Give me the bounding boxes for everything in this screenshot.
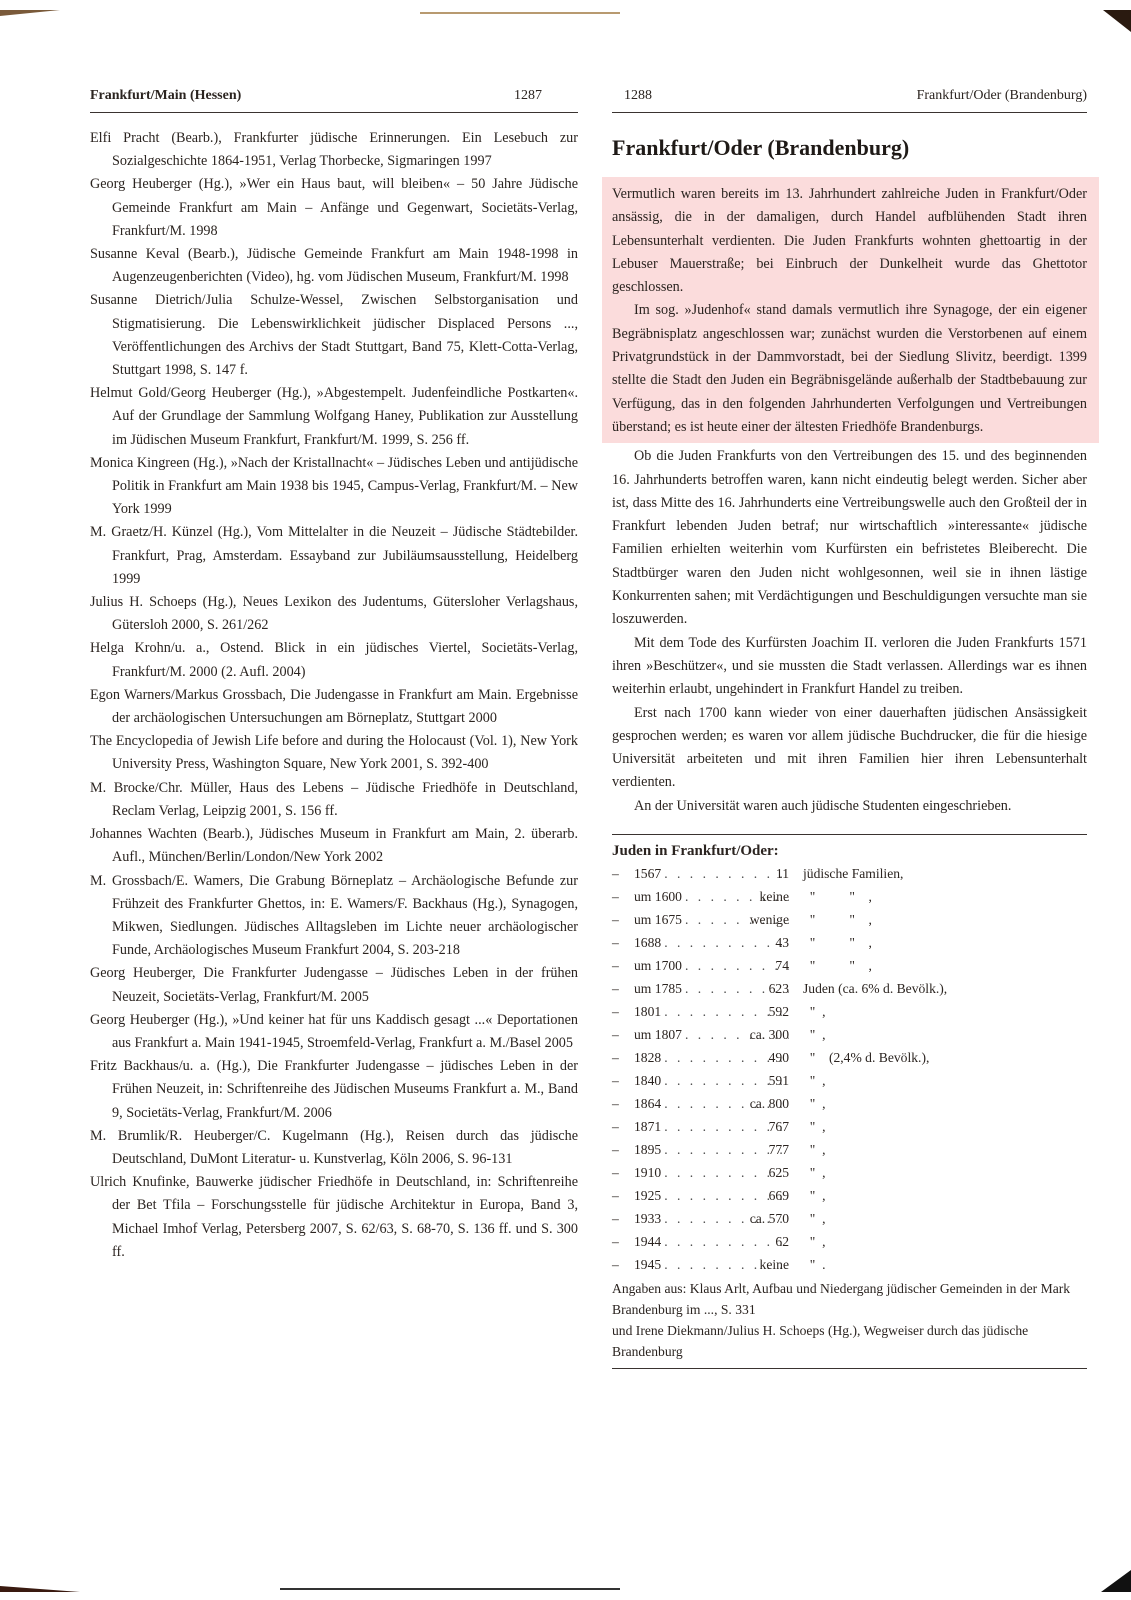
unit: " .: [789, 1253, 826, 1276]
dash-marker: –: [612, 977, 634, 1000]
value: 767: [769, 1115, 789, 1138]
unit: " " ,: [789, 931, 872, 954]
unit: " ,: [789, 1000, 826, 1023]
divider: [612, 1368, 1087, 1369]
unit: " (2,4% d. Bevölk.),: [789, 1046, 929, 1069]
unit: " ,: [789, 1184, 826, 1207]
paragraph: Im sog. »Judenhof« stand damals vermutli…: [612, 299, 1087, 439]
dash-marker: –: [612, 1046, 634, 1069]
year: 1925: [634, 1184, 661, 1207]
unit: " ,: [789, 1230, 826, 1253]
value: 490: [769, 1046, 789, 1069]
year: 1895: [634, 1138, 661, 1161]
dash-marker: –: [612, 1207, 634, 1230]
source-line: Angaben aus: Klaus Arlt, Aufbau und Nied…: [612, 1278, 1087, 1320]
statistics-row: –1933. . . . . . . . . . . . . .ca. 570 …: [612, 1207, 1087, 1230]
value: 625: [769, 1161, 789, 1184]
leader-dots: . . . . . . . . . . . . . .: [661, 862, 789, 885]
year-cell: 1801. . . . . . . . . . . . . .: [634, 1000, 789, 1023]
year-cell: 1944. . . . . . . . . . . . . .: [634, 1230, 789, 1253]
dash-marker: –: [612, 862, 634, 885]
left-page: Frankfurt/Main (Hessen) 1287 Elfi Pracht…: [90, 88, 578, 1264]
running-head: Frankfurt/Main (Hessen) 1287: [90, 88, 578, 113]
bibliography-entry: Susanne Keval (Bearb.), Jüdische Gemeind…: [90, 243, 578, 289]
page-edge-line: [280, 1588, 620, 1590]
dash-marker: –: [612, 1115, 634, 1138]
dash-marker: –: [612, 908, 634, 931]
leader-dots: . . . . . . . . . . . . . .: [661, 1230, 789, 1253]
highlighted-passage: Vermutlich waren bereits im 13. Jahrhund…: [602, 177, 1099, 443]
page-corner-shadow: [0, 10, 60, 16]
dash-marker: –: [612, 1184, 634, 1207]
value: 62: [775, 1230, 789, 1253]
year: 1945: [634, 1253, 661, 1276]
leader-dots: . . . . . . . . . . . . . .: [682, 954, 789, 977]
statistics-row: –1801. . . . . . . . . . . . . .592 " ,: [612, 1000, 1087, 1023]
page-corner-shadow: [1103, 10, 1131, 32]
dash-marker: –: [612, 1023, 634, 1046]
dash-marker: –: [612, 1230, 634, 1253]
page-corner-shadow: [1101, 1570, 1131, 1592]
bibliography-entry: M. Brumlik/R. Heuberger/C. Kugelmann (Hg…: [90, 1125, 578, 1171]
value: keine: [760, 885, 789, 908]
statistics-row: –um 1807. . . . . . . . . . . . . .ca. 3…: [612, 1023, 1087, 1046]
dash-marker: –: [612, 1253, 634, 1276]
bibliography-entry: M. Graetz/H. Künzel (Hg.), Vom Mittelalt…: [90, 521, 578, 591]
year: 1910: [634, 1161, 661, 1184]
year-cell: um 1700. . . . . . . . . . . . . .: [634, 954, 789, 977]
bibliography-entry: Elfi Pracht (Bearb.), Frankfurter jüdisc…: [90, 127, 578, 173]
unit: " ,: [789, 1023, 826, 1046]
statistics-rows: –1567. . . . . . . . . . . . . .11jüdisc…: [612, 862, 1087, 1276]
right-page: 1288 Frankfurt/Oder (Brandenburg) Frankf…: [612, 88, 1087, 1369]
year-cell: 1910. . . . . . . . . . . . . .: [634, 1161, 789, 1184]
statistics-row: –1945. . . . . . . . . . . . . .keine " …: [612, 1253, 1087, 1276]
dash-marker: –: [612, 885, 634, 908]
statistics-row: –1864. . . . . . . . . . . . . .ca. 800 …: [612, 1092, 1087, 1115]
unit: Juden (ca. 6% d. Bevölk.),: [789, 977, 947, 1000]
statistics-row: –1840. . . . . . . . . . . . . .591 " ,: [612, 1069, 1087, 1092]
year: 1567: [634, 862, 661, 885]
year-cell: 1567. . . . . . . . . . . . . .: [634, 862, 789, 885]
year-cell: 1688. . . . . . . . . . . . . .: [634, 931, 789, 954]
dash-marker: –: [612, 1000, 634, 1023]
year: 1871: [634, 1115, 661, 1138]
year: 1688: [634, 931, 661, 954]
dash-marker: –: [612, 1092, 634, 1115]
statistics-row: –1895. . . . . . . . . . . . . .777 " ,: [612, 1138, 1087, 1161]
statistics-row: –um 1675. . . . . . . . . . . . . .wenig…: [612, 908, 1087, 931]
unit: " ,: [789, 1115, 826, 1138]
year-cell: 1828. . . . . . . . . . . . . .: [634, 1046, 789, 1069]
section-title: Frankfurt/Oder (Brandenburg): [612, 135, 1087, 161]
year: um 1675: [634, 908, 682, 931]
bibliography-entry: Georg Heuberger (Hg.), »Wer ein Haus bau…: [90, 173, 578, 243]
value: 591: [769, 1069, 789, 1092]
year-cell: 1895. . . . . . . . . . . . . .: [634, 1138, 789, 1161]
running-head-title: Frankfurt/Main (Hessen): [90, 88, 241, 104]
bibliography-entry: Helmut Gold/Georg Heuberger (Hg.), »Abge…: [90, 382, 578, 452]
year: um 1785: [634, 977, 682, 1000]
dash-marker: –: [612, 1161, 634, 1184]
unit: " ,: [789, 1069, 826, 1092]
paragraph: Ob die Juden Frankfurts von den Vertreib…: [612, 445, 1087, 631]
dash-marker: –: [612, 954, 634, 977]
statistics-row: –1910. . . . . . . . . . . . . .625 " ,: [612, 1161, 1087, 1184]
paragraph: Vermutlich waren bereits im 13. Jahrhund…: [612, 183, 1087, 299]
dash-marker: –: [612, 931, 634, 954]
unit: jüdische Familien,: [789, 862, 903, 885]
bibliography-entry: M. Grossbach/E. Wamers, Die Grabung Börn…: [90, 870, 578, 963]
value: wenige: [750, 908, 789, 931]
year-cell: 1840. . . . . . . . . . . . . .: [634, 1069, 789, 1092]
unit: " ,: [789, 1207, 826, 1230]
unit: " " ,: [789, 885, 872, 908]
bibliography-entry: Georg Heuberger (Hg.), »Und keiner hat f…: [90, 1009, 578, 1055]
statistics-row: –1688. . . . . . . . . . . . . .43 " " ,: [612, 931, 1087, 954]
page-number: 1288: [624, 88, 652, 104]
value: 669: [769, 1184, 789, 1207]
dash-marker: –: [612, 1138, 634, 1161]
page-number: 1287: [514, 88, 542, 104]
leader-dots: . . . . . . . . . . . . . .: [661, 931, 789, 954]
body-text: Ob die Juden Frankfurts von den Vertreib…: [612, 445, 1087, 818]
paragraph: Erst nach 1700 kann wieder von einer dau…: [612, 702, 1087, 795]
unit: " ,: [789, 1092, 826, 1115]
statistics-row: –1567. . . . . . . . . . . . . .11jüdisc…: [612, 862, 1087, 885]
year-cell: 1925. . . . . . . . . . . . . .: [634, 1184, 789, 1207]
year: 1840: [634, 1069, 661, 1092]
year-cell: 1871. . . . . . . . . . . . . .: [634, 1115, 789, 1138]
unit: " ,: [789, 1138, 826, 1161]
paragraph: Mit dem Tode des Kurfürsten Joachim II. …: [612, 632, 1087, 702]
running-head-title: Frankfurt/Oder (Brandenburg): [917, 88, 1087, 104]
bibliography-entry: M. Brocke/Chr. Müller, Haus des Lebens –…: [90, 777, 578, 823]
unit: " " ,: [789, 908, 872, 931]
bibliography-entry: Monica Kingreen (Hg.), »Nach der Kristal…: [90, 452, 578, 522]
year: um 1600: [634, 885, 682, 908]
population-statistics: Juden in Frankfurt/Oder: –1567. . . . . …: [612, 834, 1087, 1369]
year: 1864: [634, 1092, 661, 1115]
bibliography-entry: The Encyclopedia of Jewish Life before a…: [90, 730, 578, 776]
year: um 1700: [634, 954, 682, 977]
bibliography-entry: Helga Krohn/u. a., Ostend. Blick in ein …: [90, 637, 578, 683]
year: 1933: [634, 1207, 661, 1230]
year: um 1807: [634, 1023, 682, 1046]
value: ca. 300: [750, 1023, 789, 1046]
unit: " ,: [789, 1161, 826, 1184]
statistics-row: –1944. . . . . . . . . . . . . .62 " ,: [612, 1230, 1087, 1253]
bibliography-entry: Julius H. Schoeps (Hg.), Neues Lexikon d…: [90, 591, 578, 637]
year: 1944: [634, 1230, 661, 1253]
bibliography-entry: Ulrich Knufinke, Bauwerke jüdischer Frie…: [90, 1171, 578, 1264]
statistics-row: –um 1700. . . . . . . . . . . . . .74 " …: [612, 954, 1087, 977]
bibliography-entry: Johannes Wachten (Bearb.), Jüdisches Mus…: [90, 823, 578, 869]
bibliography-entry: Georg Heuberger, Die Frankfurter Judenga…: [90, 962, 578, 1008]
value: 74: [775, 954, 789, 977]
value: ca. 800: [750, 1092, 789, 1115]
value: 623: [769, 977, 789, 1000]
value: ca. 570: [750, 1207, 789, 1230]
page-edge-line: [420, 12, 620, 14]
value: keine: [760, 1253, 789, 1276]
unit: " " ,: [789, 954, 872, 977]
bibliography-list: Elfi Pracht (Bearb.), Frankfurter jüdisc…: [90, 127, 578, 1264]
statistics-source: Angaben aus: Klaus Arlt, Aufbau und Nied…: [612, 1278, 1087, 1362]
dash-marker: –: [612, 1069, 634, 1092]
bibliography-entry: Egon Warners/Markus Grossbach, Die Juden…: [90, 684, 578, 730]
statistics-row: –um 1600. . . . . . . . . . . . . .keine…: [612, 885, 1087, 908]
value: 43: [775, 931, 789, 954]
value: 777: [769, 1138, 789, 1161]
running-head: 1288 Frankfurt/Oder (Brandenburg): [612, 88, 1087, 113]
value: 11: [776, 862, 789, 885]
statistics-row: –1828. . . . . . . . . . . . . .490 " (2…: [612, 1046, 1087, 1069]
statistics-row: –um 1785. . . . . . . . . . . . . .623Ju…: [612, 977, 1087, 1000]
value: 592: [769, 1000, 789, 1023]
page-corner-shadow: [0, 1586, 80, 1592]
year: 1801: [634, 1000, 661, 1023]
statistics-row: –1871. . . . . . . . . . . . . .767 " ,: [612, 1115, 1087, 1138]
bibliography-entry: Susanne Dietrich/Julia Schulze-Wessel, Z…: [90, 289, 578, 382]
year: 1828: [634, 1046, 661, 1069]
statistics-row: –1925. . . . . . . . . . . . . .669 " ,: [612, 1184, 1087, 1207]
statistics-title: Juden in Frankfurt/Oder:: [612, 843, 1087, 860]
bibliography-entry: Fritz Backhaus/u. a. (Hg.), Die Frankfur…: [90, 1055, 578, 1125]
paragraph: An der Universität waren auch jüdische S…: [612, 795, 1087, 818]
year-cell: um 1785. . . . . . . . . . . . . .: [634, 977, 789, 1000]
source-line: und Irene Diekmann/Julius H. Schoeps (Hg…: [612, 1320, 1087, 1362]
